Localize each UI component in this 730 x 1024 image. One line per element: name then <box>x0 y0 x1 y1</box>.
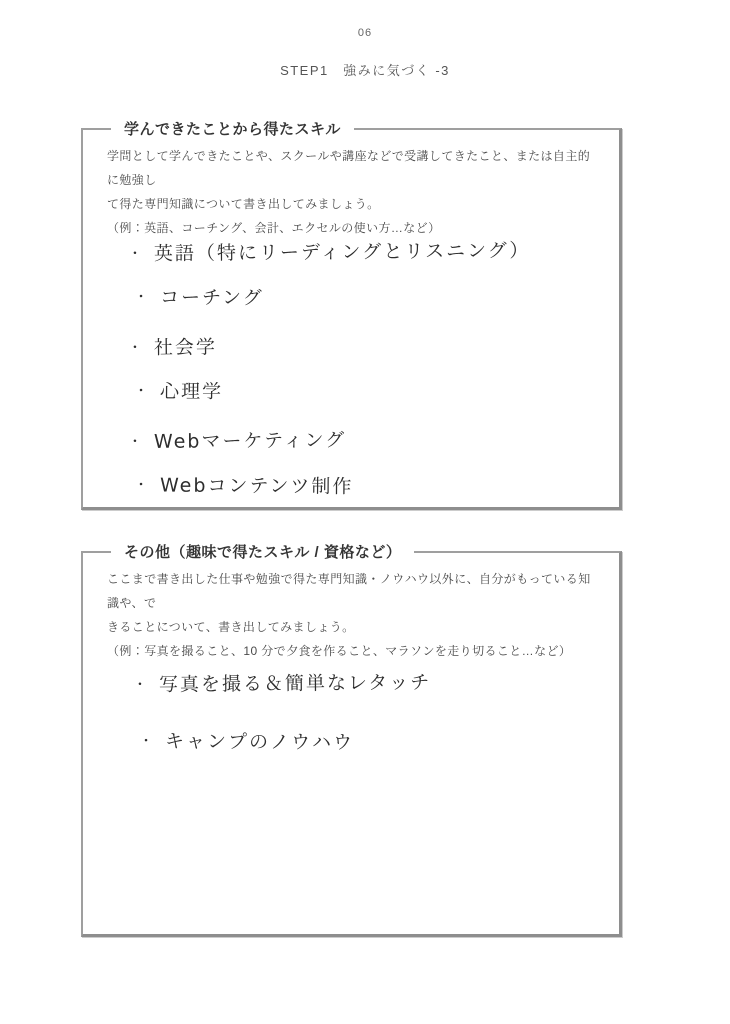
handwritten-item: ・コーチング <box>134 285 619 312</box>
bullet-dot: ・ <box>128 336 144 360</box>
description-line: （例：写真を撮ること、10 分で夕食を作ること、マラソンを走り切ること…など） <box>107 639 595 663</box>
handwritten-item: ・心理学 <box>134 379 619 406</box>
section-description: ここまで書き出した仕事や勉強で得た専門知識・ノウハウ以外に、自分がもっている知識… <box>107 567 595 663</box>
handwritten-item: ・Webコンテンツ制作 <box>134 473 619 500</box>
description-line: （例：英語、コーチング、会計、エクセルの使い方…など） <box>107 216 595 240</box>
handwritten-list: ・英語（特にリーディングとリスニング）・コーチング・社会学・心理学・Webマーケ… <box>128 240 619 499</box>
handwritten-item: ・キャンプのノウハウ <box>139 729 619 756</box>
handwritten-item-text: 写真を撮る＆簡単なレタッチ <box>159 671 431 697</box>
bullet-dot: ・ <box>128 242 144 266</box>
handwritten-list: ・写真を撮る＆簡単なレタッチ・キャンプのノウハウ <box>133 671 619 755</box>
bullet-dot: ・ <box>134 473 150 497</box>
handwritten-item-text: キャンプのノウハウ <box>165 730 354 755</box>
handwritten-item: ・社会学 <box>128 332 619 360</box>
bullet-dot: ・ <box>133 673 149 697</box>
handwritten-item-text: 心理学 <box>160 379 223 403</box>
handwritten-item: ・英語（特にリーディングとリスニング） <box>128 238 619 266</box>
bullet-dot: ・ <box>134 379 150 403</box>
handwritten-item-text: Webマーケティング <box>154 428 346 454</box>
section-description: 学問として学んできたことや、スクールや講座などで受講してきたこと、または自主的に… <box>107 144 595 240</box>
section-title: 学んできたことから得たスキル <box>111 117 354 142</box>
handwritten-item-text: Webコンテンツ制作 <box>160 473 354 498</box>
description-line: ここまで書き出した仕事や勉強で得た専門知識・ノウハウ以外に、自分がもっている知識… <box>107 567 595 615</box>
worksheet-page: 06 STEP1 強みに気づく -3 学んできたことから得たスキル 学問として学… <box>0 0 730 1024</box>
section-box-other-skills: その他（趣味で得たスキル / 資格など） ここまで書き出した仕事や勉強で得た専門… <box>81 551 622 937</box>
description-line: きることについて、書き出してみましょう。 <box>107 615 595 639</box>
description-line: 学問として学んできたことや、スクールや講座などで受講してきたこと、または自主的に… <box>107 144 595 192</box>
page-subtitle: STEP1 強みに気づく -3 <box>0 60 730 79</box>
bullet-dot: ・ <box>139 729 155 753</box>
handwritten-item: ・Webマーケティング <box>128 426 619 454</box>
handwritten-item: ・写真を撮る＆簡単なレタッチ <box>133 669 619 697</box>
bullet-dot: ・ <box>134 285 150 309</box>
description-line: て得た専門知識について書き出してみましょう。 <box>107 192 595 216</box>
page-number: 06 <box>0 27 730 39</box>
handwritten-item-text: 社会学 <box>154 335 217 360</box>
bullet-dot: ・ <box>128 430 144 454</box>
handwritten-item-text: 英語（特にリーディングとリスニング） <box>154 239 530 266</box>
section-box-learned-skills: 学んできたことから得たスキル 学問として学んできたことや、スクールや講座などで受… <box>81 128 622 510</box>
section-title: その他（趣味で得たスキル / 資格など） <box>111 540 414 565</box>
handwritten-item-text: コーチング <box>160 285 264 310</box>
